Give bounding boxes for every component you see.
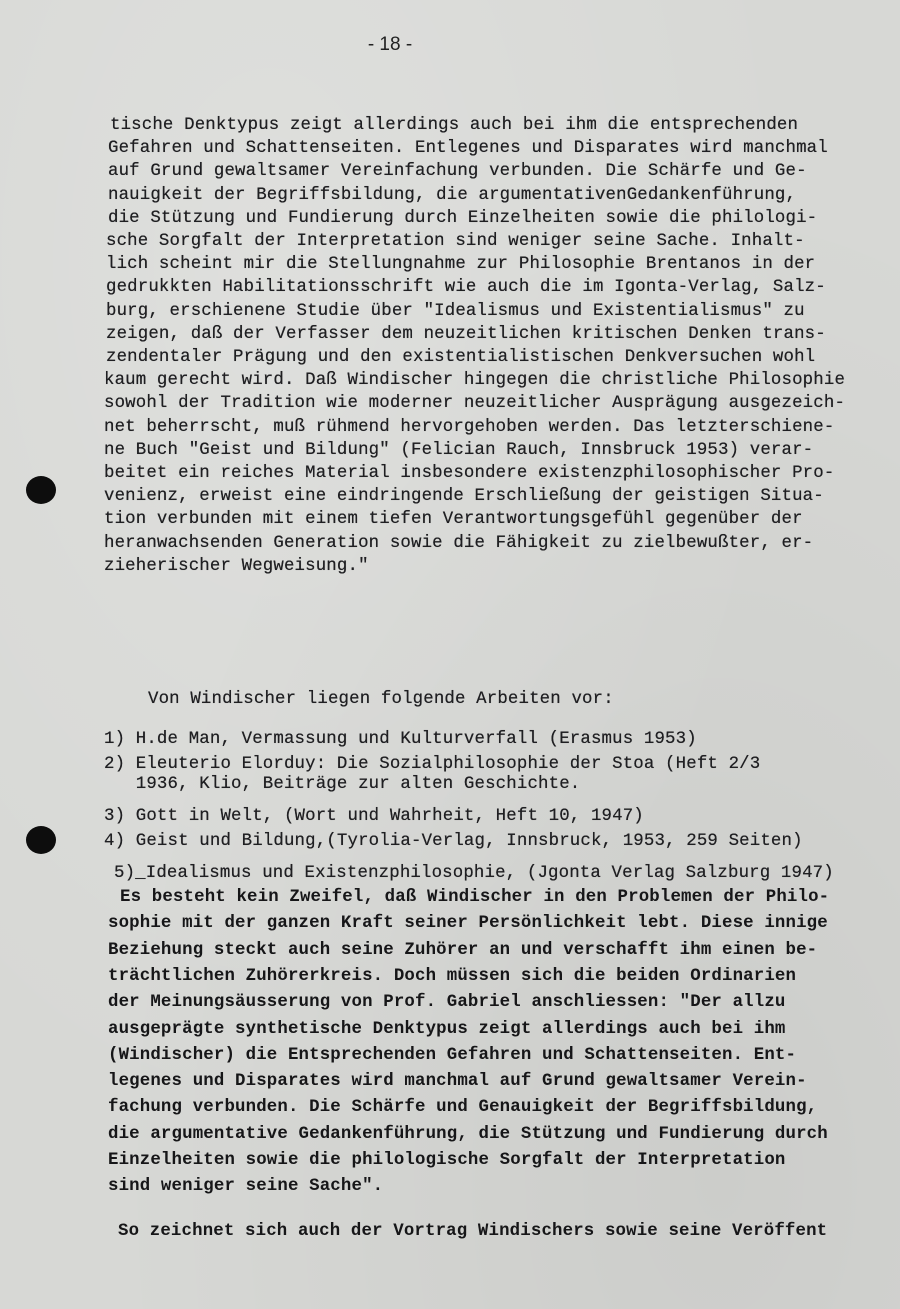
text-line: sowohl der Tradition wie moderner neuzei… bbox=[104, 394, 845, 414]
text-line: sind weniger seine Sache". bbox=[108, 1177, 383, 1197]
punch-hole bbox=[26, 476, 56, 504]
work-item: 3) Gott in Welt, (Wort und Wahrheit, Hef… bbox=[104, 807, 644, 827]
text-line: kaum gerecht wird. Daß Windischer hingeg… bbox=[104, 371, 845, 391]
text-line: nauigkeit der Begriffsbildung, die argum… bbox=[108, 186, 796, 206]
text-line: ausgeprägte synthetische Denktypus zeigt… bbox=[108, 1020, 786, 1040]
work-item: 5)_Idealismus und Existenzphilosophie, (… bbox=[114, 864, 834, 884]
text-line: die argumentative Gedankenführung, die S… bbox=[108, 1125, 828, 1145]
text-line: gedrukkten Habilitationsschrift wie auch… bbox=[106, 278, 826, 298]
text-line: tion verbunden mit einem tiefen Verantwo… bbox=[104, 510, 803, 530]
punch-hole bbox=[26, 826, 56, 854]
work-item: 1936, Klio, Beiträge zur alten Geschicht… bbox=[104, 775, 580, 795]
text-line: burg, erschienene Studie über "Idealismu… bbox=[106, 302, 805, 322]
text-line: Es besteht kein Zweifel, daß Windischer … bbox=[120, 888, 829, 908]
text-line: ne Buch "Geist und Bildung" (Felician Ra… bbox=[104, 441, 813, 461]
work-item: 1) H.de Man, Vermassung und Kulturverfal… bbox=[104, 730, 697, 750]
text-line: zieherischer Wegweisung." bbox=[104, 557, 369, 577]
text-line: lich scheint mir die Stellungnahme zur P… bbox=[106, 255, 815, 275]
text-line: legenes und Disparates wird manchmal auf… bbox=[108, 1072, 807, 1092]
text-line: die Stützung und Fundierung durch Einzel… bbox=[108, 209, 817, 229]
typed-document-page: - 18 - tische Denktypus zeigt allerdings… bbox=[0, 0, 900, 1309]
works-intro: Von Windischer liegen folgende Arbeiten … bbox=[148, 690, 614, 710]
text-line: fachung verbunden. Die Schärfe und Genau… bbox=[108, 1098, 817, 1118]
text-line: So zeichnet sich auch der Vortrag Windis… bbox=[118, 1222, 827, 1242]
work-item: 4) Geist und Bildung,(Tyrolia-Verlag, In… bbox=[104, 832, 803, 852]
text-line: beitet ein reiches Material insbesondere… bbox=[104, 464, 834, 484]
text-line: Beziehung steckt auch seine Zuhörer an u… bbox=[108, 941, 817, 961]
work-item: 2) Eleuterio Elorduy: Die Sozialphilosop… bbox=[104, 755, 760, 775]
page-number: - 18 - bbox=[0, 34, 780, 56]
text-line: sche Sorgfalt der Interpretation sind we… bbox=[106, 232, 805, 252]
text-line: Einzelheiten sowie die philologische Sor… bbox=[108, 1151, 786, 1171]
text-line: der Meinungsäusserung von Prof. Gabriel … bbox=[108, 993, 786, 1013]
text-line: Gefahren und Schattenseiten. Entlegenes … bbox=[108, 139, 828, 159]
text-line: venienz, erweist eine eindringende Ersch… bbox=[104, 487, 824, 507]
text-line: (Windischer) die Entsprechenden Gefahren… bbox=[108, 1046, 796, 1066]
text-line: net beherrscht, muß rühmend hervorgehobe… bbox=[104, 418, 834, 438]
text-line: heranwachsenden Generation sowie die Fäh… bbox=[104, 534, 813, 554]
text-line: sophie mit der ganzen Kraft seiner Persö… bbox=[108, 914, 828, 934]
text-line: trächtlichen Zuhörerkreis. Doch müssen s… bbox=[108, 967, 796, 987]
text-line: zeigen, daß der Verfasser dem neuzeitlic… bbox=[106, 325, 826, 345]
text-line: zendentaler Prägung und den existentiali… bbox=[106, 348, 815, 368]
text-line: tische Denktypus zeigt allerdings auch b… bbox=[110, 116, 798, 136]
text-line: auf Grund gewaltsamer Vereinfachung verb… bbox=[108, 162, 807, 182]
